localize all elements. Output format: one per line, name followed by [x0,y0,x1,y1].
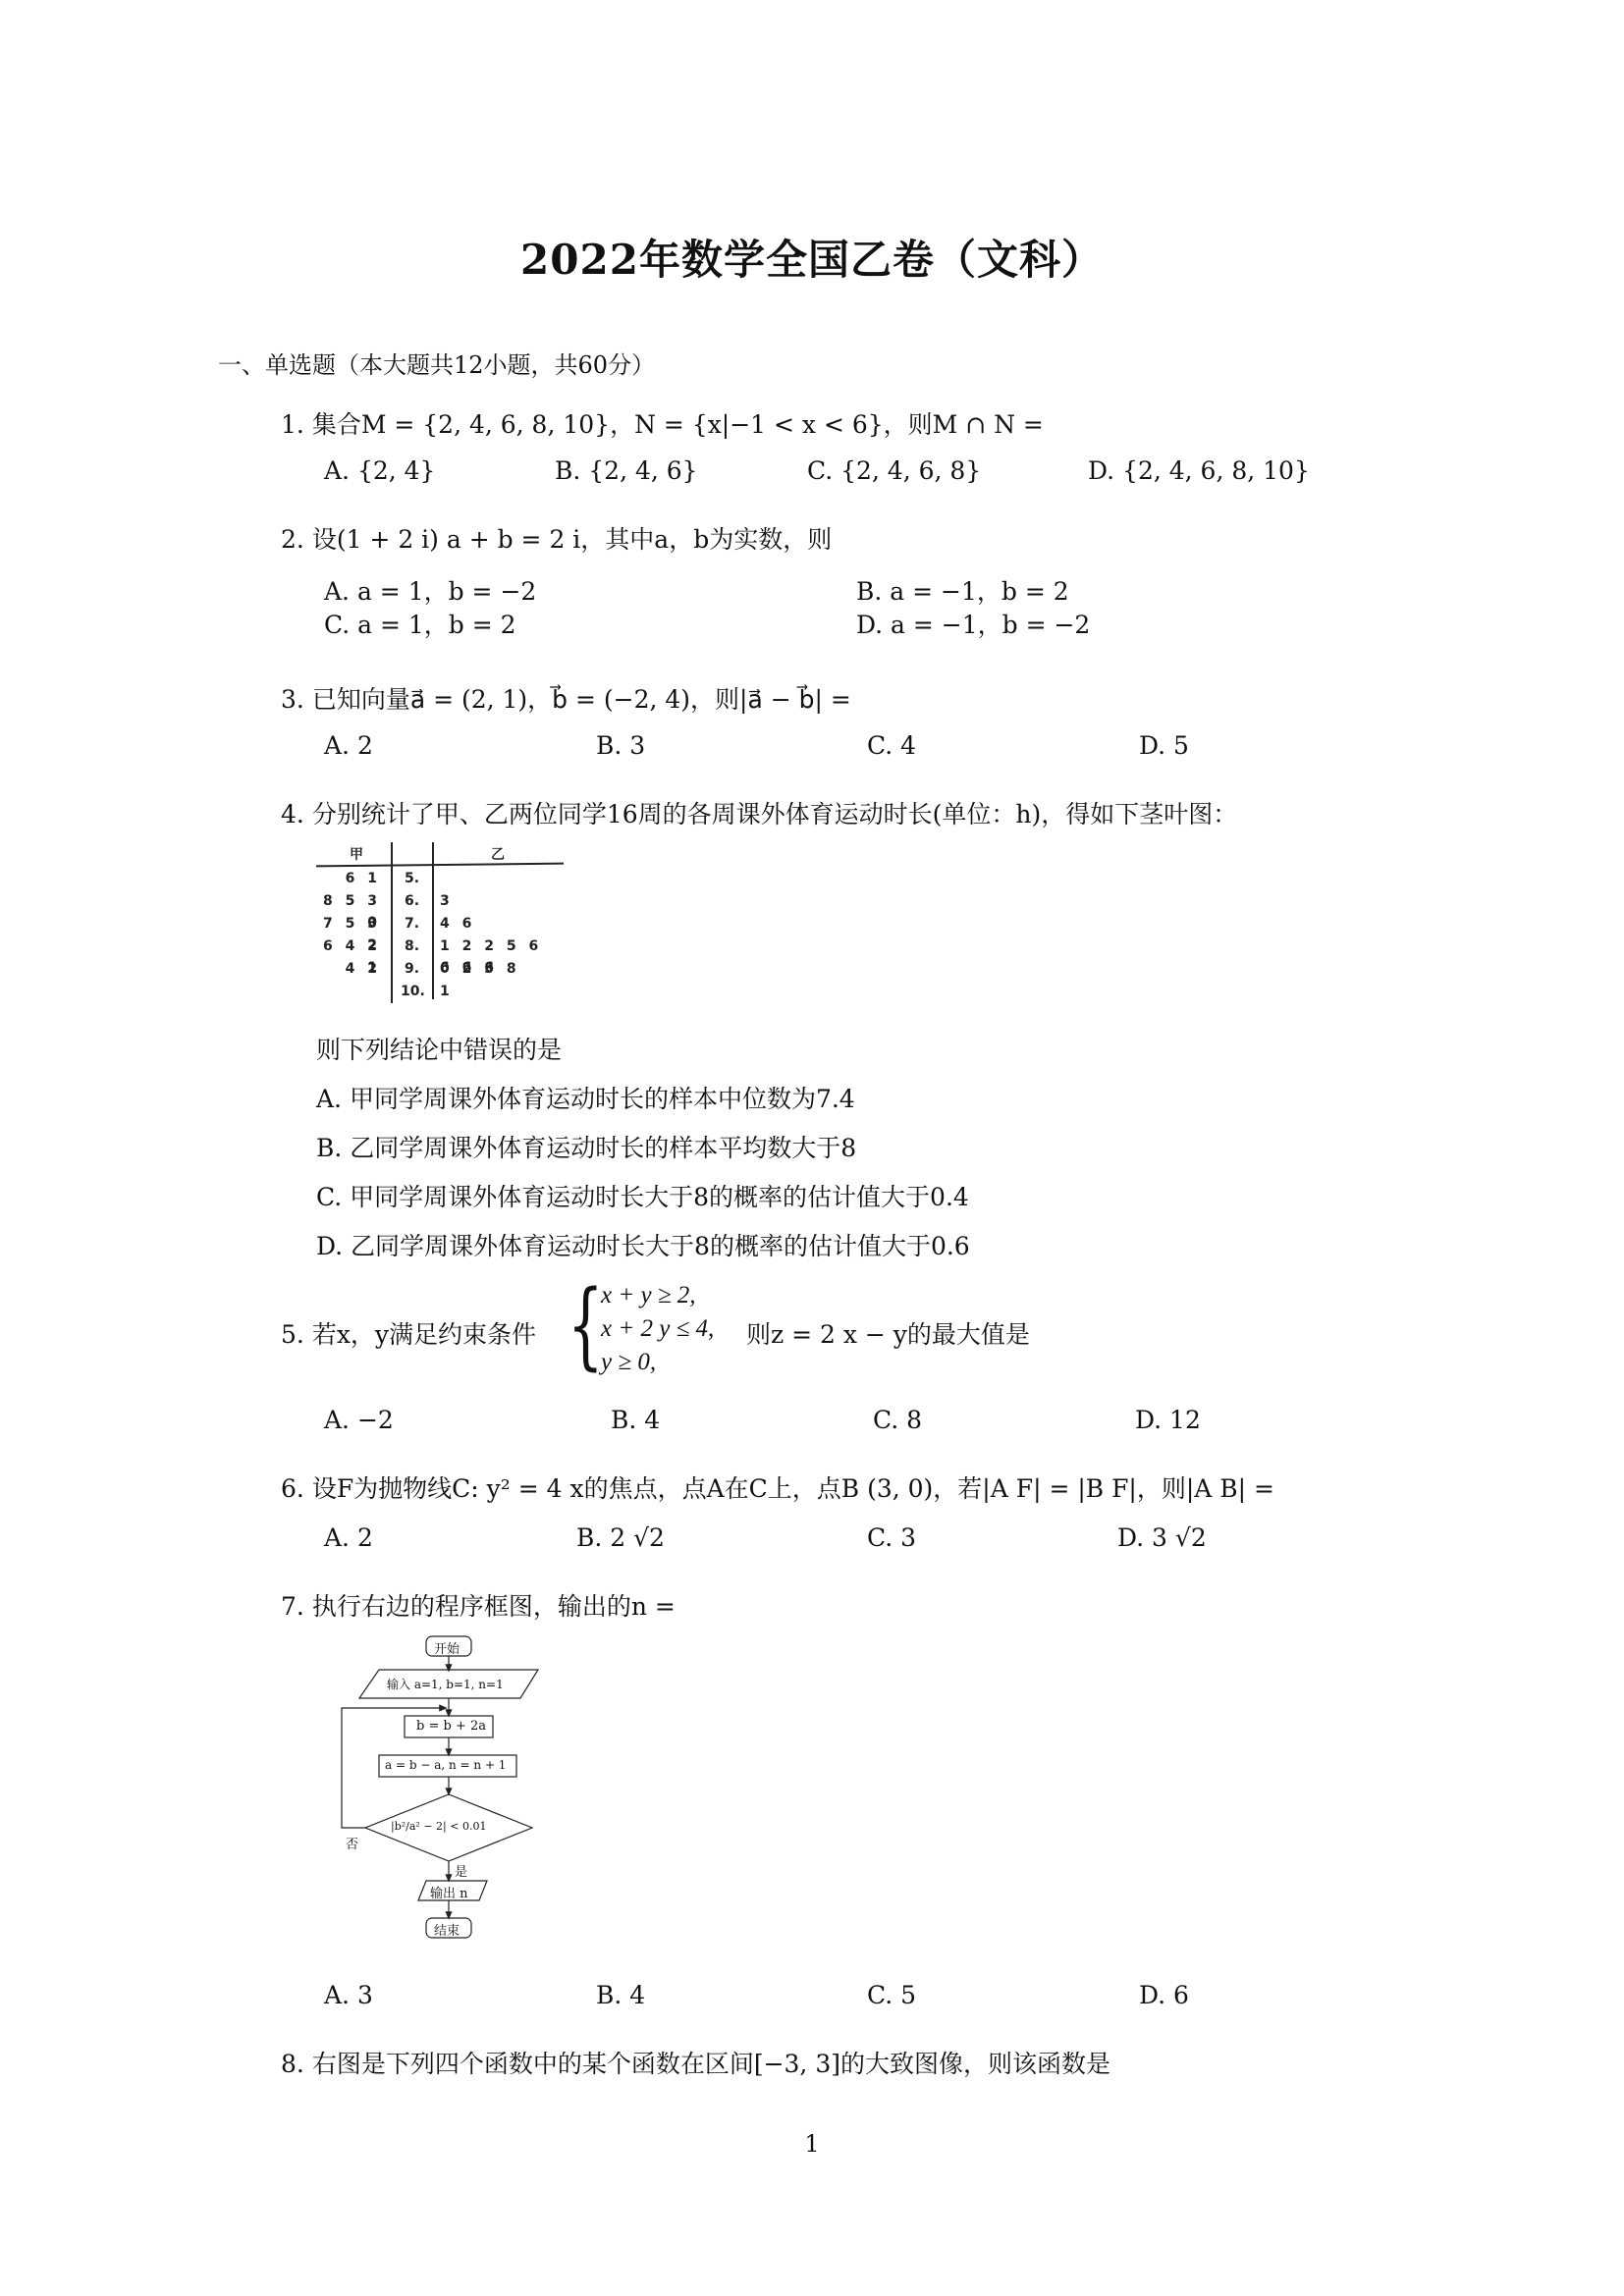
q2-option-a[interactable]: A. a = 1，b = −2 [324,572,536,608]
brace-symbol: { [568,1278,604,1372]
left-leaves: 7 5 3 2 [316,913,381,934]
q1-option-d[interactable]: D. {2, 4, 6, 8, 10} [1088,456,1310,485]
q4-option-c[interactable]: C. 甲同学周课外体育运动时长大于8的概率的估计值大于0.4 [316,1178,969,1213]
q2-option-b[interactable]: B. a = −1，b = 2 [856,572,1069,608]
question-stem: 执行右边的程序框图，输出的n = [312,1592,676,1621]
stem: 6. [405,890,419,912]
left-divider [391,842,393,1003]
flow-output: 输出 n [430,1883,468,1901]
flow-start: 开始 [434,1638,460,1657]
flow-condition: |b²/a² − 2| < 0.01 [391,1820,486,1833]
q2-option-c[interactable]: C. a = 1，b = 2 [324,606,516,641]
question-3: 3. 已知向量a⃗ = (2, 1)，b⃗ = (−2, 4)，则|a⃗ − b… [281,680,851,716]
right-leaves: 4 6 [440,913,475,934]
stem: 5. [405,868,419,889]
question-number: 8. [281,2050,304,2078]
constraint-3: y ≥ 0, [601,1349,656,1376]
q7-option-c[interactable]: C. 5 [867,1981,916,2009]
flowchart: 开始 输入 a=1, b=1, n=1 b = b + 2a a = b − a… [324,1629,560,1963]
q5-option-c[interactable]: C. 8 [873,1406,922,1434]
flow-input: 输入 a=1, b=1, n=1 [387,1676,504,1692]
question-stem: 右图是下列四个函数中的某个函数在区间[−3, 3]的大致图像，则该函数是 [312,2050,1110,2078]
flow-step2: a = b − a, n = n + 1 [385,1758,506,1772]
left-leaves: 6 4 2 1 [316,935,381,957]
q4-option-a[interactable]: A. 甲同学周课外体育运动时长的样本中位数为7.4 [316,1080,855,1115]
question-number: 3. [281,685,304,714]
question-number: 5. [281,1320,304,1349]
constraint-2: x + 2 y ≤ 4, [601,1315,714,1343]
header-yi: 乙 [491,844,505,864]
question-1: 1. 集合M = {2, 4, 6, 8, 10}，N = {x|−1 < x … [281,405,1044,441]
question-stem: 设F为抛物线C: y² = 4 x的焦点，点A在C上，点B (3, 0)，若|A… [312,1474,1274,1503]
section-heading: 一、单选题（本大题共12小题，共60分） [218,346,655,380]
left-leaves: 6 1 [346,868,381,889]
stem: 10. [401,981,425,1002]
flow-yes-label: 是 [455,1861,467,1880]
right-leaves: 1 [440,981,454,1002]
question-6: 6. 设F为抛物线C: y² = 4 x的焦点，点A在C上，点B (3, 0)，… [281,1469,1274,1505]
flow-end: 结束 [434,1920,460,1939]
question-number: 1. [281,410,304,439]
page-title: 2022年数学全国乙卷（文科） [0,228,1624,287]
q3-option-d[interactable]: D. 5 [1139,731,1189,760]
header-jia: 甲 [350,844,363,864]
q3-option-b[interactable]: B. 3 [596,731,645,760]
question-2: 2. 设(1 + 2 i) a + b = 2 i，其中a，b为实数，则 [281,520,832,556]
q5-option-d[interactable]: D. 12 [1135,1406,1201,1434]
question-7: 7. 执行右边的程序框图，输出的n = [281,1587,676,1623]
question-stem-pre: 若x，y满足约束条件 [312,1320,536,1349]
question-8: 8. 右图是下列四个函数中的某个函数在区间[−3, 3]的大致图像，则该函数是 [281,2045,1110,2080]
question-5: 5. 若x，y满足约束条件 [281,1315,536,1351]
flow-step1: b = b + 2a [416,1719,486,1734]
q1-option-b[interactable]: B. {2, 4, 6} [555,456,698,485]
q3-option-a[interactable]: A. 2 [324,731,373,760]
question-stem: 已知向量a⃗ = (2, 1)，b⃗ = (−2, 4)，则|a⃗ − b⃗| … [312,685,851,714]
q5-option-a[interactable]: A. −2 [324,1406,394,1434]
question-stem: 分别统计了甲、乙两位同学16周的各周课外体育运动时长(单位：h)，得如下茎叶图： [312,800,1237,828]
q2-option-d[interactable]: D. a = −1，b = −2 [856,606,1090,641]
q4-prompt: 则下列结论中错误的是 [316,1031,562,1066]
question-stem: 集合M = {2, 4, 6, 8, 10}，N = {x|−1 < x < 6… [312,410,1044,439]
q4-option-b[interactable]: B. 乙同学周课外体育运动时长的样本平均数大于8 [316,1129,856,1164]
right-leaves: 3 [440,890,454,912]
right-leaves: 0 2 3 8 [440,958,520,980]
right-divider [432,842,434,999]
question-number: 2. [281,525,304,554]
flow-no-label: 否 [346,1834,358,1852]
question-number: 4. [281,800,304,828]
q6-option-a[interactable]: A. 2 [324,1523,373,1552]
question-stem-post: 则z = 2 x − y的最大值是 [746,1315,1030,1351]
stem: 9. [405,958,419,980]
q6-option-b[interactable]: B. 2 √2 [576,1523,665,1552]
q7-option-b[interactable]: B. 4 [596,1981,645,2009]
q1-option-c[interactable]: C. {2, 4, 6, 8} [807,456,981,485]
q4-option-d[interactable]: D. 乙同学周课外体育运动时长大于8的概率的估计值大于0.6 [316,1227,970,1262]
q3-option-c[interactable]: C. 4 [867,731,916,760]
right-leaves: 1 2 2 5 6 6 6 6 [440,935,564,957]
stem-leaf-plot: 甲 乙 6 1 5. 8 5 3 0 6. 3 7 5 3 2 7. 4 6 6… [316,842,564,1005]
left-leaves: 8 5 3 0 [316,890,381,912]
q5-option-b[interactable]: B. 4 [611,1406,660,1434]
q1-option-a[interactable]: A. {2, 4} [324,456,435,485]
question-stem: 设(1 + 2 i) a + b = 2 i，其中a，b为实数，则 [312,525,832,554]
question-number: 7. [281,1592,304,1621]
question-4: 4. 分别统计了甲、乙两位同学16周的各周课外体育运动时长(单位：h)，得如下茎… [281,795,1237,830]
question-number: 6. [281,1474,304,1503]
stem: 7. [405,913,419,934]
q7-option-d[interactable]: D. 6 [1139,1981,1189,2009]
q6-option-d[interactable]: D. 3 √2 [1117,1523,1207,1552]
constraint-1: x + y ≥ 2, [601,1282,696,1309]
q7-option-a[interactable]: A. 3 [324,1981,373,2009]
page-number: 1 [0,2130,1624,2158]
q6-option-c[interactable]: C. 3 [867,1523,916,1552]
stem: 8. [405,935,419,957]
left-leaves: 4 2 [346,958,381,980]
